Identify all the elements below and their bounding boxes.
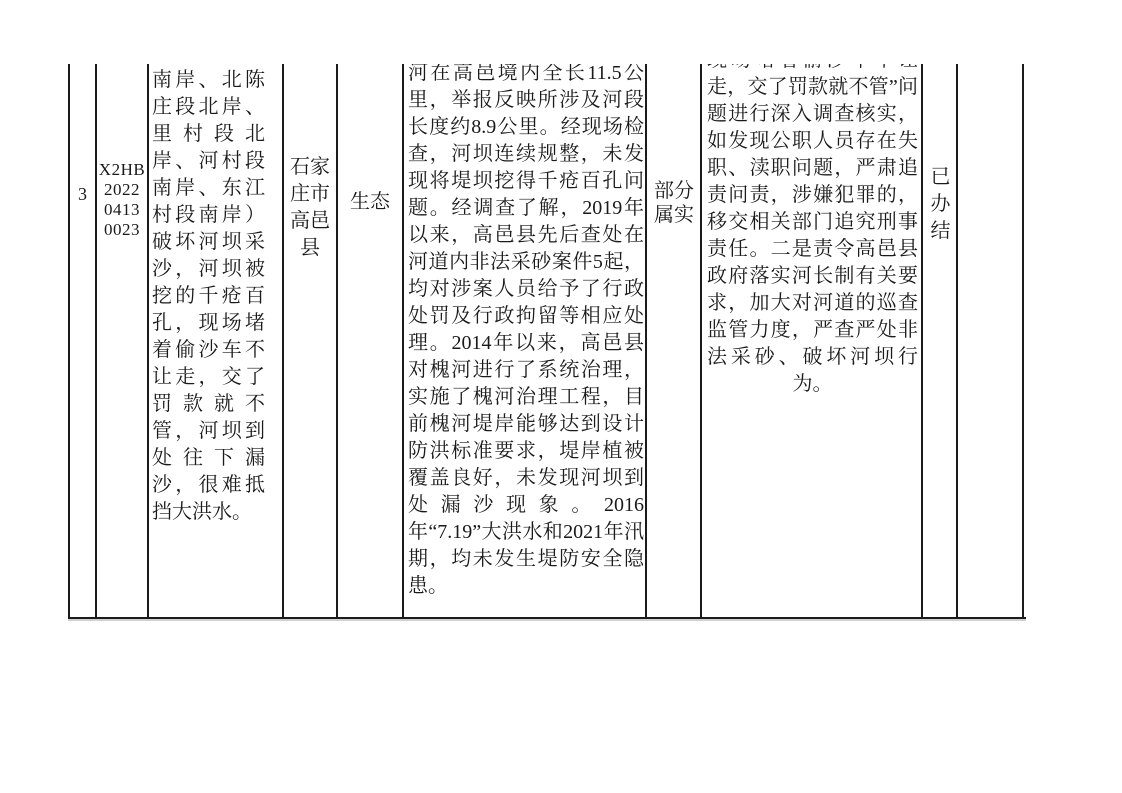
verification-text: 河在高邑境内全长11.5公里，举报反映所涉及河段长度约8.9公里。经现场检查，河… (408, 64, 644, 600)
cell-row-number: 3 (68, 64, 95, 617)
cell-verification: 河在高邑境内全长11.5公里，举报反映所涉及河段长度约8.9公里。经现场检查，河… (402, 64, 645, 617)
finding-label: 部分属实 (652, 179, 696, 227)
complaint-table-row-continuation: 3 X2HB 2022 0413 0023 南岸、北陈庄段北岸、里村段北岸、河村… (68, 64, 1026, 619)
cell-region: 石家庄市高邑县 (282, 64, 336, 617)
case-number: X2HB 2022 0413 0023 (97, 160, 147, 240)
row-number: 3 (70, 181, 95, 208)
region-name: 石家庄市高邑县 (288, 154, 332, 262)
cell-complaint: 南岸、北陈庄段北岸、里村段北岸、河村段南岸、东江村段南岸）破坏河坝采沙，河坝被挖… (147, 64, 282, 617)
category-label: 生态 (338, 189, 402, 216)
status-label: 已办结 (929, 164, 952, 245)
cell-case-number: X2HB 2022 0413 0023 (95, 64, 147, 617)
document-page: 3 X2HB 2022 0413 0023 南岸、北陈庄段北岸、里村段北岸、河村… (0, 0, 1122, 793)
cell-measures: 现场堵着偷沙车不让走，交了罚款就不管”问题进行深入调查核实，如发现公职人员存在失… (700, 64, 921, 617)
measures-text: 现场堵着偷沙车不让走，交了罚款就不管”问题进行深入调查核实，如发现公职人员存在失… (707, 64, 918, 398)
cell-status: 已办结 (921, 64, 956, 617)
cell-finding: 部分属实 (645, 64, 700, 617)
cell-category: 生态 (336, 64, 402, 617)
cell-notes-empty (956, 64, 1024, 617)
complaint-text: 南岸、北陈庄段北岸、里村段北岸、河村段南岸、东江村段南岸）破坏河坝采沙，河坝被挖… (152, 67, 265, 526)
